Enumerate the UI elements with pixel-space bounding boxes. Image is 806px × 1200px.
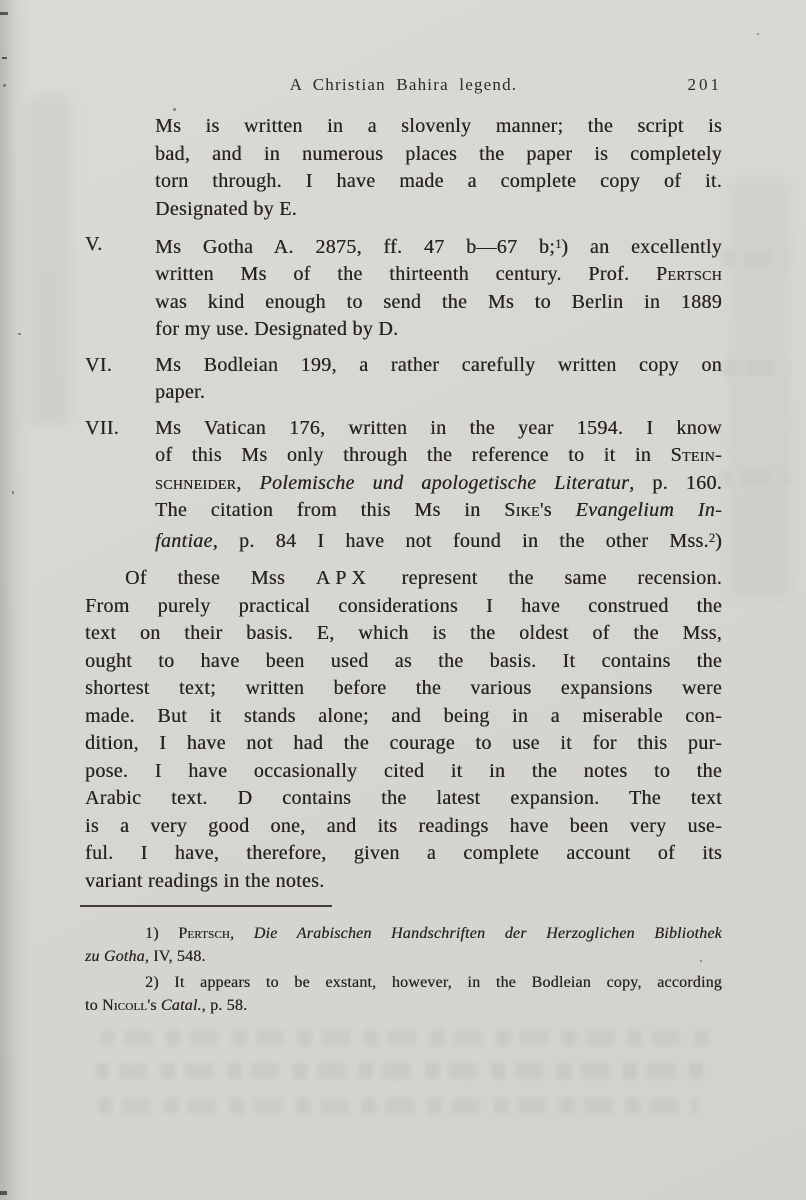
text-line: bad, and in numerous places the paper is… (85, 141, 722, 169)
text-segment: text on their basis. E, which is the old… (85, 622, 722, 644)
text-segment: 2) It appears to be exstant, however, in… (145, 974, 722, 991)
ink-speck (2, 57, 7, 59)
paper-smudge (730, 180, 790, 600)
text-segment: The citation from this Ms in (155, 499, 504, 521)
paragraph: Ms is written in a slovenly manner; the … (85, 113, 722, 223)
text-segment: Evangelium In- (576, 499, 722, 521)
text-line: ful. I have, therefore, given a complete… (85, 840, 722, 868)
text-segment: Ms Vatican 176, written in the year 1594… (155, 417, 722, 439)
scanned-book-page: A Christian Bahira legend. 201 Ms is wri… (0, 0, 806, 1200)
text-segment: schneider (155, 472, 236, 494)
text-segment: From purely practical considerations I h… (85, 595, 722, 617)
text-segment: zu Gotha (85, 948, 145, 965)
text-line: V.Ms Gotha A. 2875, ff. 47 b—67 b;1) an … (85, 231, 722, 261)
text-segment: Pertsch (178, 925, 230, 942)
text-segment: shortest text; written before the variou… (85, 677, 722, 699)
text-line: for my use. Designated by D. (85, 316, 722, 344)
text-segment: ought to have been used as the basis. It… (85, 650, 722, 672)
text-line: fantiae, p. 84 I have not found in the o… (85, 525, 722, 555)
text-line: schneider, Polemische und apologetische … (85, 470, 722, 498)
text-segment: pose. I have occasionally cited it in th… (85, 760, 722, 782)
text-line: 2) It appears to be exstant, however, in… (85, 971, 722, 994)
text-line: torn through. I have made a complete cop… (85, 168, 722, 196)
text-segment: ful. I have, therefore, given a complete… (85, 842, 722, 864)
text-segment: written Ms of the thirteenth century. Pr… (155, 263, 656, 285)
footnotes: 1) Pertsch, Die Arabischen Handschriften… (85, 922, 722, 1017)
paragraph: VII.Ms Vatican 176, written in the year … (85, 415, 722, 555)
text-segment: fantiae (155, 530, 213, 552)
text-segment: Catal. (161, 997, 202, 1014)
text-segment: was kind enough to send the Ms to Berlin… (155, 291, 722, 313)
footnote: 1) Pertsch, Die Arabischen Handschriften… (85, 922, 722, 968)
text-line: From purely practical considerations I h… (85, 593, 722, 621)
text-segment: to (85, 997, 102, 1014)
ink-speck (173, 108, 176, 111)
text-line: 1) Pertsch, Die Arabischen Handschriften… (85, 922, 722, 945)
text-line: Arabic text. D contains the latest expan… (85, 785, 722, 813)
running-header: A Christian Bahira legend. 201 (85, 75, 722, 99)
text-segment: Polemische und apologetische Literatur (259, 472, 629, 494)
text-line: is a very good one, and its readings hav… (85, 813, 722, 841)
page-content: Ms is written in a slovenly manner; the … (85, 113, 722, 895)
text-segment: Stein- (671, 444, 722, 466)
text-segment: , (236, 472, 259, 494)
text-line: The citation from this Ms in Sike's Evan… (85, 497, 722, 525)
text-segment: Designated by E. (155, 198, 297, 220)
ink-speck (0, 1191, 7, 1195)
text-segment: for my use. Designated by D. (155, 318, 398, 340)
footnote: 2) It appears to be exstant, however, in… (85, 971, 722, 1017)
text-segment: Sike (504, 499, 540, 521)
text-line: was kind enough to send the Ms to Berlin… (85, 289, 722, 317)
list-marker: VII. (85, 415, 147, 443)
paper-smudge (28, 95, 70, 425)
text-line: variant readings in the notes. (85, 868, 722, 896)
text-line: dition, I have not had the courage to us… (85, 730, 722, 758)
text-segment: made. But it stands alone; and being in … (85, 705, 722, 727)
text-line: Of these Mss APX represent the same rece… (85, 565, 722, 593)
paragraph: Of these Mss APX represent the same rece… (85, 565, 722, 895)
running-header-title: A Christian Bahira legend. (85, 75, 722, 95)
bleedthrough-text (95, 1063, 710, 1079)
text-segment: , (230, 925, 254, 942)
footnote-separator-rule (80, 905, 332, 907)
bleedthrough-text (100, 1030, 710, 1046)
ink-speck (0, 12, 8, 15)
text-segment: Ms Gotha A. 2875, ff. 47 b—67 b; (155, 236, 555, 258)
text-line: made. But it stands alone; and being in … (85, 703, 722, 731)
text-segment: is a very good one, and its readings hav… (85, 815, 722, 837)
text-line: paper. (85, 379, 722, 407)
ink-speck (757, 33, 759, 35)
bleedthrough-text (98, 1098, 698, 1114)
text-segment: of this Ms only through the reference to… (155, 444, 671, 466)
text-segment: Nicoll (102, 997, 147, 1014)
text-segment: Ms Bodleian 199, a rather carefully writ… (155, 354, 722, 376)
ink-speck (700, 960, 702, 962)
text-line: written Ms of the thirteenth century. Pr… (85, 261, 722, 289)
text-segment: 's (147, 997, 161, 1014)
text-segment: , p. 160. (629, 472, 722, 494)
text-line: Ms is written in a slovenly manner; the … (85, 113, 722, 141)
paragraph: VI.Ms Bodleian 199, a rather carefully w… (85, 352, 722, 407)
ink-speck (12, 491, 14, 494)
ink-speck (3, 84, 6, 87)
text-segment: ) (715, 530, 722, 552)
text-line: ought to have been used as the basis. It… (85, 648, 722, 676)
text-line: VII.Ms Vatican 176, written in the year … (85, 415, 722, 443)
text-segment: Of these Mss (125, 567, 316, 589)
list-marker: V. (85, 231, 147, 259)
text-segment: torn through. I have made a complete cop… (155, 170, 722, 192)
text-segment: 's (540, 499, 576, 521)
text-segment: 1) (145, 925, 178, 942)
text-segment: APX (316, 567, 371, 589)
text-line: of this Ms only through the reference to… (85, 442, 722, 470)
text-segment: bad, and in numerous places the paper is… (155, 143, 722, 165)
text-segment: represent the same recension. (371, 567, 722, 589)
text-segment: Die Arabischen Handschriften der Herzogl… (254, 925, 722, 942)
text-segment: , p. 84 I have not found in the other Ms… (213, 530, 709, 552)
list-marker: VI. (85, 352, 147, 380)
text-segment: Ms is written in a slovenly manner; the … (155, 115, 722, 137)
text-segment: , p. 58. (202, 997, 248, 1014)
text-segment: , IV, 548. (145, 948, 206, 965)
text-segment: dition, I have not had the courage to us… (85, 732, 722, 754)
text-segment: ) an excellently (561, 236, 722, 258)
text-segment: paper. (155, 381, 205, 403)
ink-speck (18, 333, 21, 335)
text-line: to Nicoll's Catal., p. 58. (85, 994, 722, 1017)
text-line: text on their basis. E, which is the old… (85, 620, 722, 648)
text-segment: variant readings in the notes. (85, 870, 325, 892)
text-line: shortest text; written before the variou… (85, 675, 722, 703)
page-number: 201 (688, 75, 723, 95)
text-line: zu Gotha, IV, 548. (85, 945, 722, 968)
text-line: Designated by E. (85, 196, 722, 224)
text-segment: Pertsch (656, 263, 722, 285)
text-segment: Arabic text. D contains the latest expan… (85, 787, 722, 809)
text-line: VI.Ms Bodleian 199, a rather carefully w… (85, 352, 722, 380)
text-line: pose. I have occasionally cited it in th… (85, 758, 722, 786)
page-gutter-shadow (0, 0, 30, 1200)
paragraph: V.Ms Gotha A. 2875, ff. 47 b—67 b;1) an … (85, 231, 722, 344)
